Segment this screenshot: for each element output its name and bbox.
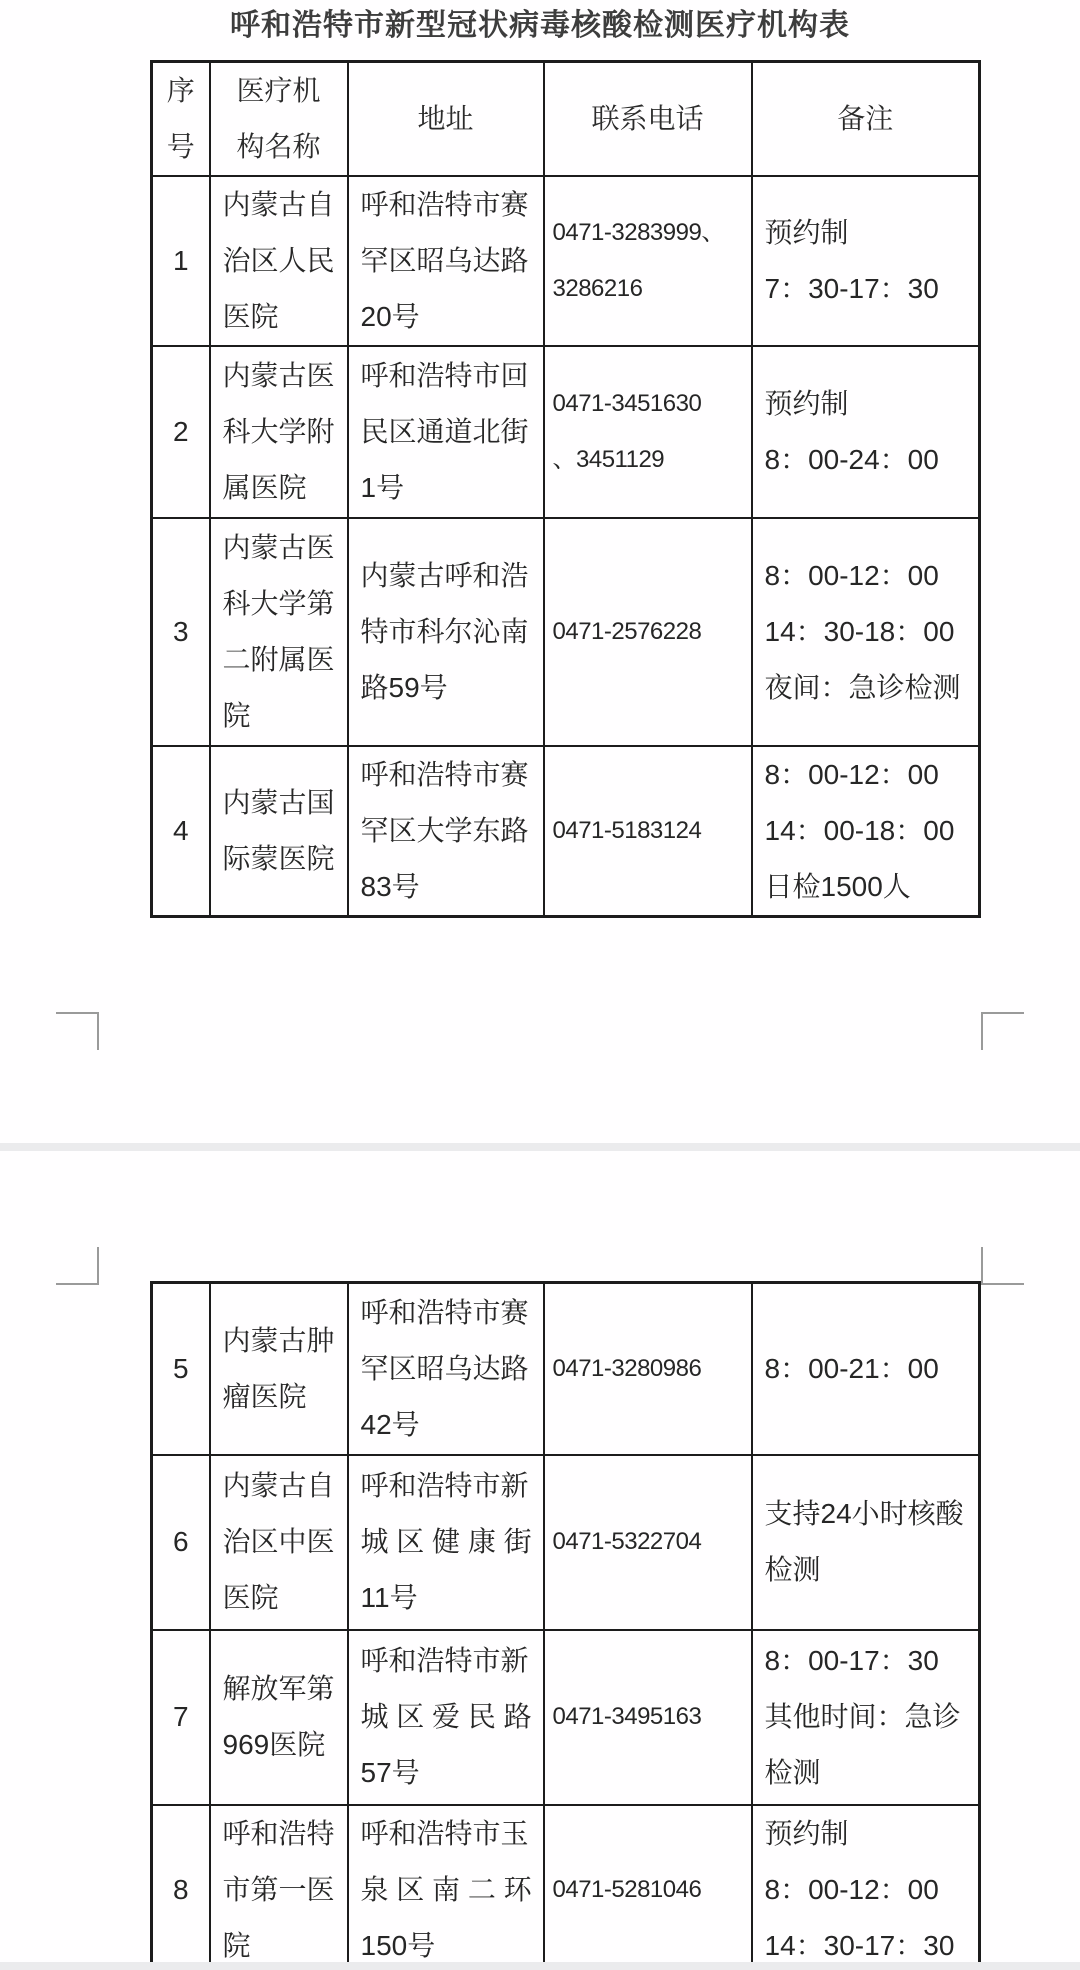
cell-address: 内蒙古呼和浩 特市科尔沁南 路59号 bbox=[348, 518, 544, 746]
table-row: 3内蒙古医 科大学第 二附属医 院内蒙古呼和浩 特市科尔沁南 路59号0471-… bbox=[152, 518, 980, 746]
cell-remark: 8：00-12：00 14：30-18：00 夜间：急诊检测 bbox=[752, 518, 980, 746]
cell-name: 呼和浩特 市第一医 院 bbox=[210, 1805, 348, 1970]
cell-name: 内蒙古医 科大学附 属医院 bbox=[210, 346, 348, 518]
header-index: 序 号 bbox=[152, 62, 210, 177]
table-header: 序 号 医疗机 构名称 地址 联系电话 备注 bbox=[152, 62, 980, 177]
cell-index: 7 bbox=[152, 1630, 210, 1805]
page-separator-band bbox=[0, 1143, 1080, 1151]
cell-name: 解放军第 969医院 bbox=[210, 1630, 348, 1805]
page2-top-left-margin-mark bbox=[56, 1247, 99, 1285]
cell-name: 内蒙古自 治区中医 医院 bbox=[210, 1455, 348, 1630]
cell-remark: 预约制 8：00-12：00 14：30-17：30 bbox=[752, 1805, 980, 1970]
cell-index: 2 bbox=[152, 346, 210, 518]
cell-remark: 预约制 7：30-17：30 bbox=[752, 176, 980, 346]
hospital-table-page1: 序 号 医疗机 构名称 地址 联系电话 备注 1内蒙古自 治区人民 医院呼和浩特… bbox=[150, 60, 981, 918]
cell-address: 呼和浩特市玉 泉 区 南 二 环 150号 bbox=[348, 1805, 544, 1970]
cell-name: 内蒙古自 治区人民 医院 bbox=[210, 176, 348, 346]
page1-bottom-right-margin-mark bbox=[981, 1012, 1024, 1050]
table-row: 5内蒙古肿 瘤医院呼和浩特市赛 罕区昭乌达路 42号0471-32809868：… bbox=[152, 1283, 980, 1455]
cell-address: 呼和浩特市赛 罕区昭乌达路 42号 bbox=[348, 1283, 544, 1455]
table-header-row: 序 号 医疗机 构名称 地址 联系电话 备注 bbox=[152, 62, 980, 177]
hospital-table-page2: 5内蒙古肿 瘤医院呼和浩特市赛 罕区昭乌达路 42号0471-32809868：… bbox=[150, 1281, 981, 1970]
cell-address: 呼和浩特市新 城 区 爱 民 路 57号 bbox=[348, 1630, 544, 1805]
cell-phone: 0471-5281046 bbox=[544, 1805, 752, 1970]
cell-name: 内蒙古国 际蒙医院 bbox=[210, 746, 348, 917]
table-row: 8呼和浩特 市第一医 院呼和浩特市玉 泉 区 南 二 环 150号0471-52… bbox=[152, 1805, 980, 1970]
cell-name: 内蒙古肿 瘤医院 bbox=[210, 1283, 348, 1455]
cell-remark: 8：00-17：30 其他时间：急诊 检测 bbox=[752, 1630, 980, 1805]
table-row: 7解放军第 969医院呼和浩特市新 城 区 爱 民 路 57号0471-3495… bbox=[152, 1630, 980, 1805]
document-page: 呼和浩特市新型冠状病毒核酸检测医疗机构表 序 号 医疗机 构名称 地址 联系电话… bbox=[0, 0, 1080, 1970]
table-row: 2内蒙古医 科大学附 属医院呼和浩特市回 民区通道北街 1号0471-34516… bbox=[152, 346, 980, 518]
cell-address: 呼和浩特市回 民区通道北街 1号 bbox=[348, 346, 544, 518]
cell-remark: 支持24小时核酸 检测 bbox=[752, 1455, 980, 1630]
page1-bottom-left-margin-mark bbox=[56, 1012, 99, 1050]
cell-address: 呼和浩特市赛 罕区昭乌达路 20号 bbox=[348, 176, 544, 346]
header-address: 地址 bbox=[348, 62, 544, 177]
cell-phone: 0471-3451630 、3451129 bbox=[544, 346, 752, 518]
page-title: 呼和浩特市新型冠状病毒核酸检测医疗机构表 bbox=[0, 6, 1080, 46]
cell-name: 内蒙古医 科大学第 二附属医 院 bbox=[210, 518, 348, 746]
page2-top-right-margin-mark bbox=[981, 1247, 1024, 1285]
cell-phone: 0471-2576228 bbox=[544, 518, 752, 746]
header-remark: 备注 bbox=[752, 62, 980, 177]
cell-index: 3 bbox=[152, 518, 210, 746]
cell-index: 4 bbox=[152, 746, 210, 917]
cell-remark: 8：00-21：00 bbox=[752, 1283, 980, 1455]
cell-index: 6 bbox=[152, 1455, 210, 1630]
header-name: 医疗机 构名称 bbox=[210, 62, 348, 177]
table-row: 6内蒙古自 治区中医 医院呼和浩特市新 城 区 健 康 街 11号0471-53… bbox=[152, 1455, 980, 1630]
cell-remark: 预约制 8：00-24：00 bbox=[752, 346, 980, 518]
header-phone: 联系电话 bbox=[544, 62, 752, 177]
cell-phone: 0471-5183124 bbox=[544, 746, 752, 917]
cell-phone: 0471-3280986 bbox=[544, 1283, 752, 1455]
cell-index: 5 bbox=[152, 1283, 210, 1455]
cell-address: 呼和浩特市新 城 区 健 康 街 11号 bbox=[348, 1455, 544, 1630]
table-row: 1内蒙古自 治区人民 医院呼和浩特市赛 罕区昭乌达路 20号0471-32839… bbox=[152, 176, 980, 346]
cell-phone: 0471-3495163 bbox=[544, 1630, 752, 1805]
cell-address: 呼和浩特市赛 罕区大学东路 83号 bbox=[348, 746, 544, 917]
cell-index: 8 bbox=[152, 1805, 210, 1970]
cell-phone: 0471-3283999、 3286216 bbox=[544, 176, 752, 346]
cell-index: 1 bbox=[152, 176, 210, 346]
bottom-edge-band bbox=[0, 1962, 1080, 1970]
cell-phone: 0471-5322704 bbox=[544, 1455, 752, 1630]
table-row: 4内蒙古国 际蒙医院呼和浩特市赛 罕区大学东路 83号0471-51831248… bbox=[152, 746, 980, 917]
cell-remark: 8：00-12：00 14：00-18：00 日检1500人 bbox=[752, 746, 980, 917]
